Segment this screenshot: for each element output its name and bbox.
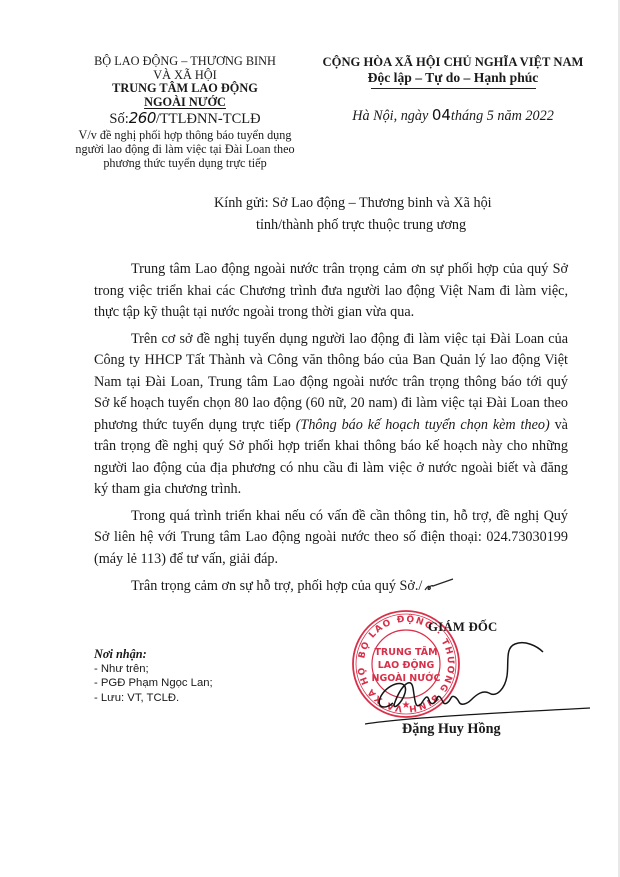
- subject-line: người lao động đi làm việc tại Đài Loan …: [70, 142, 300, 156]
- body-paragraph-1: Trung tâm Lao động ngoài nước trân trọng…: [94, 259, 568, 324]
- issuing-agency-header: BỘ LAO ĐỘNG – THƯƠNG BINH VÀ XÃ HỘI TRUN…: [70, 55, 300, 170]
- signer-name: Đặng Huy Hồng: [402, 721, 501, 738]
- signer-title: GIÁM ĐỐC: [428, 620, 498, 635]
- national-header: CỘNG HÒA XÃ HỘI CHỦ NGHĨA VIỆT NAM Độc l…: [318, 55, 588, 125]
- signature-block: BỘ LAO ĐỘNG · THƯƠNG BINH VÀ XÃ HỘI TRUN…: [350, 600, 590, 750]
- distribution-item: - PGĐ Phạm Ngọc Lan;: [94, 676, 294, 691]
- addressee-line1: Kính gửi: Sở Lao động – Thương binh và X…: [214, 192, 534, 214]
- country-name: CỘNG HÒA XÃ HỘI CHỦ NGHĨA VIỆT NAM: [318, 55, 588, 70]
- doc-number-prefix: Số:: [109, 111, 128, 127]
- distribution-title: Nơi nhận:: [94, 647, 294, 662]
- handwritten-signature-icon: [365, 638, 590, 733]
- motto-underline: [371, 88, 536, 89]
- body-paragraph-2: Trên cơ sở đề nghị tuyển dụng người lao …: [94, 329, 568, 501]
- initial-mark-icon: [423, 578, 455, 592]
- para2-italic-note: (Thông báo kế hoạch tuyển chọn kèm theo): [296, 417, 550, 433]
- document-subject: V/v đề nghị phối hợp thông báo tuyển dụn…: [70, 128, 300, 170]
- date-day-handwritten: 04: [432, 106, 451, 124]
- letter-body: Trung tâm Lao động ngoài nước trân trọng…: [94, 259, 568, 603]
- subject-line: phương thức tuyển dụng trực tiếp: [70, 156, 300, 170]
- org-name-line1: TRUNG TÂM LAO ĐỘNG: [70, 82, 300, 96]
- distribution-item: - Lưu: VT, TCLĐ.: [94, 691, 294, 706]
- org-name-line2: NGOÀI NƯỚC: [144, 95, 226, 109]
- closing-text: Trân trọng cảm ơn sự hỗ trợ, phối hợp củ…: [131, 578, 422, 594]
- body-paragraph-3: Trong quá trình triển khai nếu có vấn đề…: [94, 506, 568, 571]
- document-number: Số:260/TTLĐNN-TCLĐ: [70, 110, 300, 127]
- place-and-date: Hà Nội, ngày 04tháng 5 năm 2022: [318, 106, 588, 125]
- distribution-item: - Như trên;: [94, 662, 294, 677]
- document-page: BỘ LAO ĐỘNG – THƯƠNG BINH VÀ XÃ HỘI TRUN…: [0, 0, 620, 877]
- ministry-name-line1: BỘ LAO ĐỘNG – THƯƠNG BINH: [70, 55, 300, 69]
- addressee-line2: tỉnh/thành phố trực thuộc trung ương: [214, 214, 534, 236]
- closing-line: Trân trọng cảm ơn sự hỗ trợ, phối hợp củ…: [94, 576, 568, 598]
- doc-number-suffix: /TTLĐNN-TCLĐ: [156, 111, 261, 127]
- ministry-name-line2: VÀ XÃ HỘI: [70, 69, 300, 83]
- national-motto: Độc lập – Tự do – Hạnh phúc: [318, 70, 588, 86]
- date-suffix: tháng 5 năm 2022: [451, 108, 554, 124]
- addressee: Kính gửi: Sở Lao động – Thương binh và X…: [214, 192, 534, 236]
- distribution-list: Nơi nhận: - Như trên; - PGĐ Phạm Ngọc La…: [94, 647, 294, 705]
- date-prefix: Hà Nội, ngày: [352, 108, 432, 124]
- subject-line: V/v đề nghị phối hợp thông báo tuyển dụn…: [70, 128, 300, 142]
- doc-number-handwritten: 260: [129, 109, 156, 127]
